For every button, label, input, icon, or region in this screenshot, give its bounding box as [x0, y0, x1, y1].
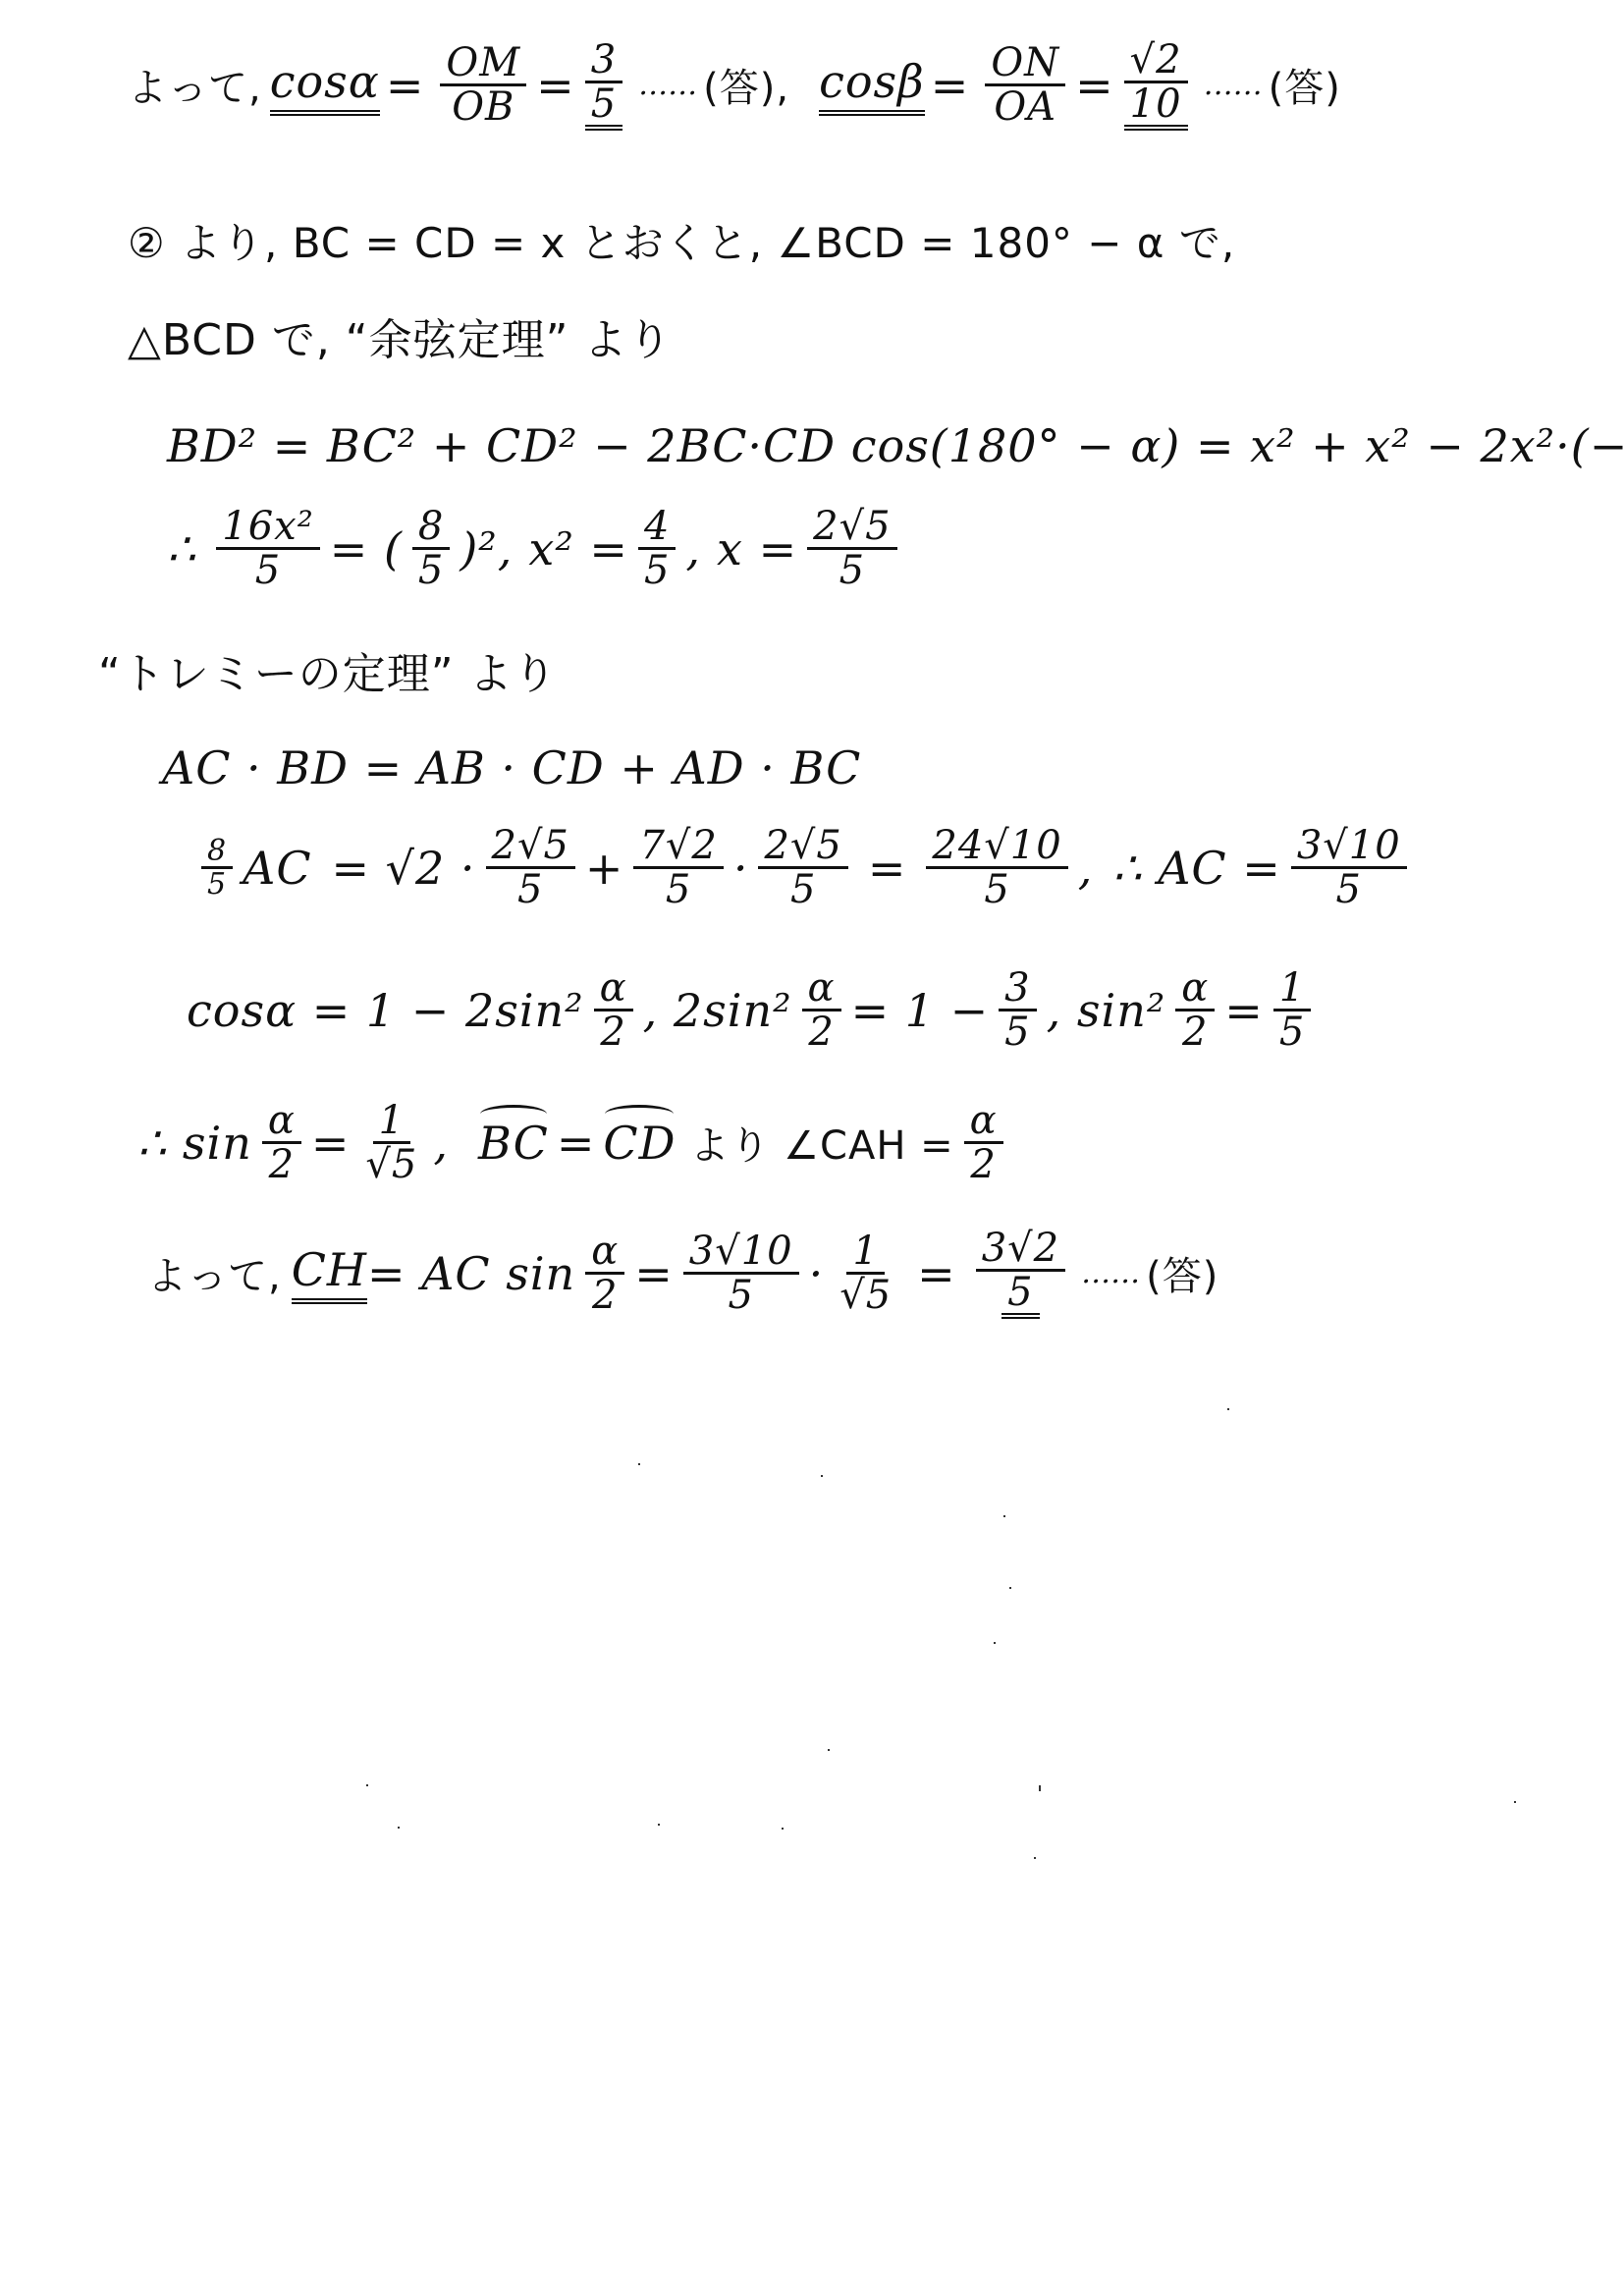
equals: = ( [330, 522, 403, 575]
numerator: 2√5 [807, 506, 896, 550]
equals: = [311, 1117, 351, 1170]
denominator: 2 [1176, 1011, 1214, 1053]
numerator: 2√5 [758, 825, 847, 869]
numerator: 4 [638, 506, 676, 550]
answer-mark: (答) [1146, 1245, 1218, 1301]
denominator: 5 [512, 869, 549, 910]
statement-text: “トレミーの定理” より [98, 638, 558, 701]
denominator: √5 [834, 1275, 897, 1316]
scan-speck [1039, 1785, 1041, 1791]
fraction: 1 5 [1273, 967, 1311, 1053]
ac-label: AC [243, 842, 311, 895]
fraction: 3 5 [999, 967, 1036, 1053]
numerator: 3 [999, 967, 1036, 1011]
fraction-on-oa: ON OA [985, 42, 1065, 128]
power: )², [460, 522, 513, 575]
ellipsis: …… [1081, 1256, 1140, 1290]
denominator: 5 [660, 869, 697, 910]
answer-cos-beta: √2 10 [1124, 39, 1188, 131]
numerator: 2√5 [486, 825, 575, 869]
numerator: 3√2 [976, 1228, 1065, 1272]
equals: = [931, 59, 970, 112]
denominator: 5 [638, 550, 676, 591]
equation-text: , sin² [1047, 984, 1166, 1037]
numerator: 24√10 [926, 825, 1067, 869]
denominator: 5 [1273, 1011, 1311, 1053]
angle-cah-text: より ∠CAH = [689, 1115, 953, 1171]
denominator: √5 [359, 1144, 423, 1185]
numerator: √2 [1124, 39, 1188, 83]
ch-label: CH [292, 1243, 367, 1304]
comma: , [1078, 842, 1094, 895]
equals: = [557, 1117, 596, 1170]
line-solve-ac: 8 5 AC = √2 · 2√5 5 + 7√2 5 · 2√5 5 = 24… [191, 825, 1417, 910]
denominator: 5 [999, 1011, 1036, 1053]
comma: , [685, 522, 701, 575]
fraction: 1 √5 [359, 1100, 423, 1185]
scan-speck [1514, 1801, 1516, 1803]
statement-text: ② より, BC = CD = x とおくと, ∠BCD = 180° − α … [128, 211, 1235, 270]
therefore-ac: ∴ AC = [1112, 842, 1280, 895]
denominator: OA [988, 86, 1062, 128]
numerator: 3√10 [683, 1230, 799, 1275]
x-squared: x² = [528, 522, 628, 575]
denominator: 5 [978, 869, 1015, 910]
statement-text: △BCD で, “余弦定理” より [128, 304, 672, 367]
fraction-om-ob: OM OB [440, 42, 526, 128]
denominator: 5 [722, 1275, 759, 1316]
denominator: 2 [802, 1011, 839, 1053]
scan-speck [638, 1463, 640, 1465]
equation-text: , 2sin² [643, 984, 792, 1037]
scan-speck [821, 1475, 823, 1477]
answer-mark: (答), [703, 57, 789, 113]
fraction: 8 5 [412, 506, 450, 591]
line-sin-half-alpha: ∴ sin α 2 = 1 √5 , BC = CD より ∠CAH = α 2 [137, 1100, 1013, 1185]
answer-ch: 3√2 5 [976, 1228, 1065, 1319]
scan-speck [994, 1642, 996, 1644]
scan-speck [1227, 1408, 1229, 1410]
denominator: 2 [586, 1275, 623, 1316]
denominator: 5 [249, 550, 287, 591]
equation-text: BD² = BC² + CD² − 2BC·CD cos(180° − α) =… [167, 419, 1624, 472]
denominator: 5 [834, 550, 871, 591]
scan-speck [658, 1824, 660, 1826]
dot: · [733, 842, 749, 895]
cos-alpha-label: cosα [270, 55, 380, 116]
fraction: 2√5 5 [486, 825, 575, 910]
answer-cos-alpha: 3 5 [585, 39, 623, 131]
ellipsis: …… [1204, 68, 1263, 102]
line-solve-x: ∴ 16x² 5 = ( 8 5 )², x² = 4 5 , x = 2√5 … [167, 506, 907, 591]
numerator: 8 [412, 506, 450, 550]
numerator: α [1175, 967, 1215, 1011]
equals: = [1224, 984, 1264, 1037]
denominator: 5 [585, 83, 623, 131]
arc-cd: CD [603, 1117, 676, 1170]
dot: · [809, 1247, 825, 1300]
fraction: α 2 [585, 1230, 624, 1316]
answer-mark: (答) [1269, 57, 1341, 113]
denominator: 5 [412, 550, 450, 591]
cos-beta-label: cosβ [819, 55, 925, 116]
line-ch-result: よって, CH = AC sin α 2 = 3√10 5 · 1 √5 = 3… [147, 1228, 1218, 1319]
denominator: 2 [263, 1144, 300, 1185]
numerator: 1 [1273, 967, 1311, 1011]
numerator: 7√2 [633, 825, 723, 869]
arc-bc: BC [478, 1117, 549, 1170]
equation-text: = AC sin [367, 1247, 575, 1300]
equation-text: cosα = 1 − 2sin² [187, 984, 584, 1037]
denominator: 10 [1124, 83, 1188, 131]
equals: = [634, 1247, 674, 1300]
numerator: α [964, 1100, 1003, 1144]
denominator: 5 [1330, 869, 1368, 910]
equation-text: = 1 − [851, 984, 990, 1037]
yotte-prefix: よって, [147, 1245, 282, 1301]
equals: = [386, 59, 425, 112]
fraction: 7√2 5 [633, 825, 723, 910]
numerator: 1 [846, 1230, 884, 1275]
scan-speck [828, 1749, 830, 1751]
equals: = [1075, 59, 1114, 112]
denominator: 5 [785, 869, 822, 910]
numerator: 3√10 [1291, 825, 1407, 869]
line-bd-squared: BD² = BC² + CD² − 2BC·CD cos(180° − α) =… [167, 403, 1624, 488]
fraction: 3√10 5 [683, 1230, 799, 1316]
fraction: 4 5 [638, 506, 676, 591]
x-equals: x = [717, 522, 797, 575]
fraction: 24√10 5 [926, 825, 1067, 910]
scan-speck [398, 1827, 400, 1829]
numerator: α [802, 967, 841, 1011]
fraction: 1 √5 [834, 1230, 897, 1316]
numerator: OM [440, 42, 526, 86]
numerator: α [262, 1100, 301, 1144]
equals: = [868, 842, 907, 895]
ellipsis: …… [638, 68, 697, 102]
comma: , [433, 1117, 449, 1170]
fraction: 8 5 [201, 836, 233, 901]
numerator: α [585, 1230, 624, 1275]
scan-speck [366, 1784, 368, 1786]
fraction: α 2 [594, 967, 633, 1053]
fraction: α 2 [964, 1100, 1003, 1185]
numerator: 3 [585, 39, 623, 83]
numerator: α [594, 967, 633, 1011]
denominator: 5 [1001, 1272, 1039, 1319]
scan-speck [782, 1828, 784, 1830]
line-ptolemy-equation: AC · BD = AB · CD + AD · BC [162, 741, 861, 794]
line-half-angle: cosα = 1 − 2sin² α 2 , 2sin² α 2 = 1 − 3… [187, 967, 1321, 1053]
denominator: 2 [594, 1011, 631, 1053]
numerator: 1 [373, 1100, 410, 1144]
plus: + [585, 842, 624, 895]
line-ptolemy-heading: “トレミーの定理” より [98, 638, 558, 701]
equals: = [536, 59, 575, 112]
line-cos-results: よって, cosα = OM OB = 3 5 …… (答), cosβ = O… [128, 39, 1341, 131]
fraction: 3√10 5 [1291, 825, 1407, 910]
scan-speck [1034, 1857, 1036, 1859]
denominator: 2 [964, 1144, 1001, 1185]
therefore-symbol: ∴ [167, 522, 196, 575]
yotte-prefix: よって, [128, 57, 262, 113]
fraction: 2√5 5 [807, 506, 896, 591]
numerator: 8 [201, 836, 233, 870]
equals: = [917, 1247, 956, 1300]
numerator: 16x² [216, 506, 320, 550]
numerator: ON [985, 42, 1065, 86]
denominator: 5 [201, 869, 233, 901]
fraction: 16x² 5 [216, 506, 320, 591]
denominator: OB [446, 86, 520, 128]
equation-text: AC · BD = AB · CD + AD · BC [162, 741, 861, 794]
line-set-x: ② より, BC = CD = x とおくと, ∠BCD = 180° − α … [128, 211, 1235, 270]
fraction: α 2 [802, 967, 841, 1053]
equation-text: ∴ sin [137, 1117, 252, 1170]
fraction: α 2 [1175, 967, 1215, 1053]
line-cosine-rule-heading: △BCD で, “余弦定理” より [128, 304, 672, 367]
fraction: α 2 [262, 1100, 301, 1185]
scan-speck [1003, 1515, 1005, 1517]
equation-text: = √2 · [332, 842, 476, 895]
fraction: 2√5 5 [758, 825, 847, 910]
scan-speck [1009, 1587, 1011, 1589]
